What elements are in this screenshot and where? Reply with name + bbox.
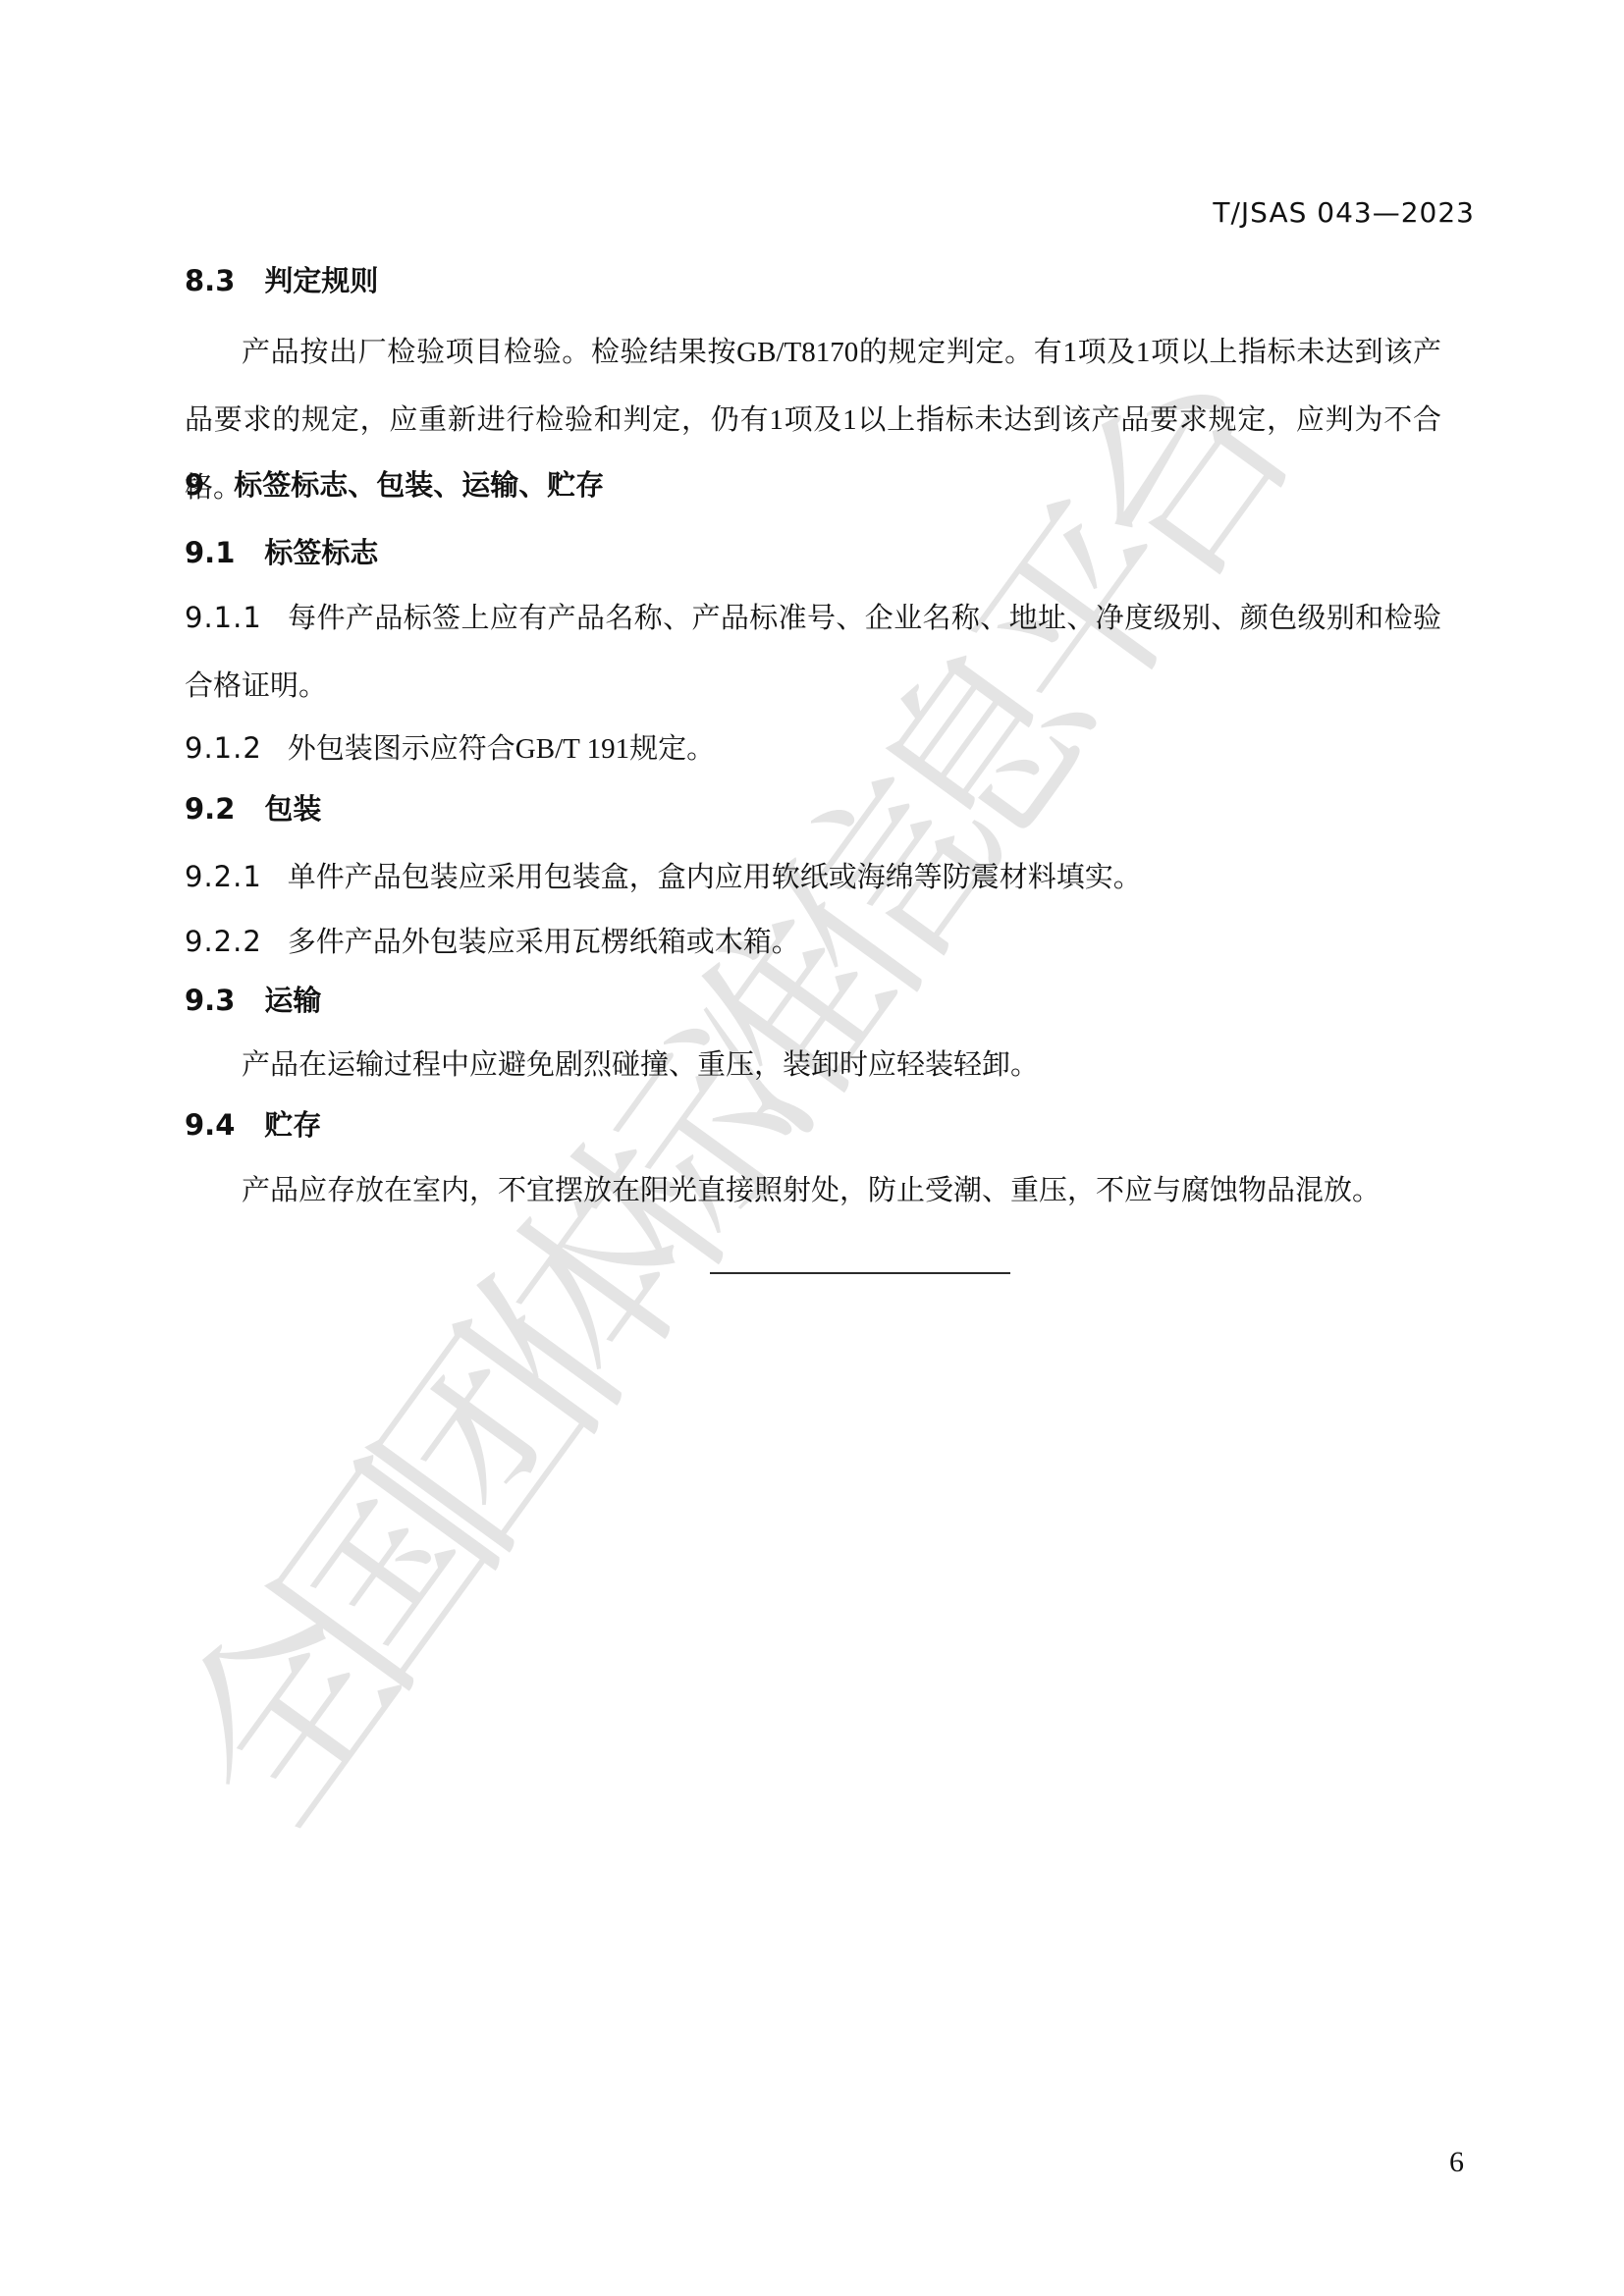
section-heading-9-3: 9.3运输 <box>185 983 1441 1018</box>
heading-title: 判定规则 <box>264 264 378 297</box>
heading-number: 9.3 <box>185 983 235 1018</box>
clause-9-1-2: 9.1.2外包装图示应符合GB/T 191规定。 <box>185 715 1441 783</box>
heading-number: 9.4 <box>185 1107 235 1143</box>
section-heading-9-4: 9.4贮存 <box>185 1107 1441 1143</box>
paragraph-9-4: 产品应存放在室内，不宜摆放在阳光直接照射处，防止受潮、重压，不应与腐蚀物品混放。 <box>185 1157 1441 1225</box>
heading-title: 包装 <box>264 792 321 826</box>
page-number: 6 <box>1449 2146 1464 2179</box>
section-heading-8-3: 8.3判定规则 <box>185 263 1441 298</box>
heading-number: 8.3 <box>185 263 235 298</box>
clause-text: 多件产品外包装应采用瓦楞纸箱或木箱。 <box>288 927 800 958</box>
end-of-document-divider <box>710 1272 1010 1274</box>
section-heading-9: 9标签标志、包装、运输、贮存 <box>185 467 1441 503</box>
heading-title: 标签标志 <box>264 536 378 569</box>
content-layer: T/JSAS 043—2023 8.3判定规则 产品按出厂检验项目检验。检验结果… <box>0 0 1624 2296</box>
clause-text: 单件产品包装应采用包装盒，盒内应用软纸或海绵等防震材料填实。 <box>288 862 1142 893</box>
clause-text: 每件产品标签上应有产品名称、产品标准号、企业名称、地址、净度级别、颜色级别和检验… <box>185 603 1441 702</box>
heading-title: 标签标志、包装、运输、贮存 <box>234 468 604 502</box>
heading-title: 运输 <box>264 984 321 1017</box>
standard-code-header: T/JSAS 043—2023 <box>1213 196 1475 229</box>
clause-9-2-1: 9.2.1单件产品包装应采用包装盒，盒内应用软纸或海绵等防震材料填实。 <box>185 843 1441 912</box>
section-heading-9-1: 9.1标签标志 <box>185 535 1441 570</box>
heading-number: 9 <box>185 467 204 503</box>
heading-number: 9.2 <box>185 791 235 827</box>
clause-9-1-1: 9.1.1每件产品标签上应有产品名称、产品标准号、企业名称、地址、净度级别、颜色… <box>185 584 1441 721</box>
clause-number: 9.1.2 <box>185 715 262 782</box>
clause-number: 9.1.1 <box>185 584 262 652</box>
section-heading-9-2: 9.2包装 <box>185 791 1441 827</box>
clause-text: 外包装图示应符合GB/T 191规定。 <box>288 733 715 765</box>
clause-number: 9.2.2 <box>185 908 262 976</box>
heading-number: 9.1 <box>185 535 235 570</box>
paragraph-9-3: 产品在运输过程中应避免剧烈碰撞、重压，装卸时应轻装轻卸。 <box>185 1032 1441 1099</box>
clause-9-2-2: 9.2.2多件产品外包装应采用瓦楞纸箱或木箱。 <box>185 908 1441 977</box>
document-page: 全国团体标准信息平台 T/JSAS 043—2023 8.3判定规则 产品按出厂… <box>0 0 1624 2296</box>
clause-number: 9.2.1 <box>185 843 262 911</box>
heading-title: 贮存 <box>264 1108 321 1142</box>
